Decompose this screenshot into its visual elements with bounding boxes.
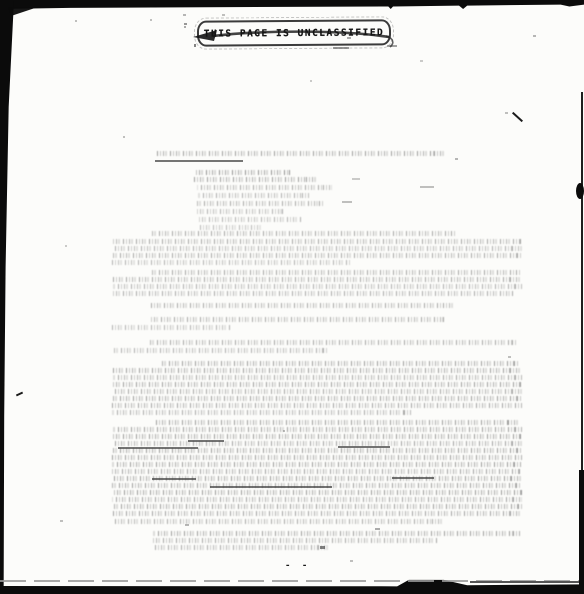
faded-text-line [112, 246, 522, 251]
faded-text-line [155, 420, 520, 425]
faded-text-line [112, 368, 522, 373]
faded-text-line [112, 389, 522, 394]
faded-underline-streak [155, 160, 243, 162]
faded-text-line [150, 270, 520, 275]
faded-text-line [112, 253, 522, 258]
faded-text-line [197, 193, 309, 198]
faded-underline-streak [152, 478, 196, 480]
scan-speck [455, 158, 458, 160]
faded-text-line [197, 185, 332, 190]
scan-speck [184, 23, 187, 25]
scan-speck [150, 19, 152, 21]
faded-text-line [112, 375, 522, 380]
faded-text-line [192, 177, 317, 182]
faded-text-line [112, 497, 522, 502]
faded-underline-streak [210, 486, 332, 488]
faded-text-line [112, 441, 522, 446]
faded-text-line [112, 410, 412, 415]
faded-text-line [112, 455, 522, 460]
faded-text-line [152, 531, 520, 536]
scan-speck [60, 520, 63, 522]
scan-speck [194, 44, 196, 47]
faded-text-line [196, 201, 324, 206]
faded-text-line [197, 217, 301, 222]
scan-speck [320, 546, 325, 549]
scan-speck [283, 430, 285, 432]
scratch-mark-diagonal [16, 392, 23, 397]
scan-speck [184, 26, 186, 28]
faded-text-line [112, 291, 514, 296]
scan-speck [342, 201, 352, 203]
faded-text-line [112, 325, 232, 330]
scan-edge-right-lower [579, 470, 584, 594]
scan-speck [533, 35, 536, 37]
faded-text-line [160, 361, 518, 366]
scan-speck [185, 524, 189, 526]
faded-text-line [152, 538, 438, 543]
scan-speck [222, 14, 225, 16]
faded-text-line [197, 209, 285, 214]
faded-text-line [112, 511, 522, 516]
faded-text-line [112, 427, 522, 432]
scan-speck [65, 245, 67, 247]
scan-fold-line-dark-segment [470, 581, 584, 583]
scan-edge-right-blob [576, 183, 584, 199]
faded-text-line [150, 231, 455, 236]
scan-speck [350, 560, 353, 562]
scan-speck [183, 14, 186, 16]
scan-edge-top [0, 0, 584, 9]
scan-speck [352, 178, 360, 180]
scan-speck [75, 20, 77, 22]
stamp-strikethrough-swoosh-mark [193, 27, 397, 49]
faded-text-line [112, 504, 522, 509]
faded-text-line [150, 317, 445, 322]
page-number-mark: - - [285, 561, 310, 571]
faded-text-line [112, 284, 522, 289]
faded-text-line [112, 396, 522, 401]
faded-text-line [112, 490, 522, 495]
faded-underline-streak [118, 447, 198, 449]
scan-speck [387, 45, 397, 47]
faded-text-line [150, 340, 518, 345]
scan-edge-left [0, 0, 14, 594]
faded-text-line [112, 348, 327, 353]
faded-text-line [196, 170, 292, 175]
scan-speck [310, 80, 312, 82]
faded-underline-streak [392, 477, 434, 479]
scan-speck [505, 112, 508, 114]
scan-speck [347, 37, 351, 39]
faded-underline-streak [338, 446, 390, 448]
faded-text-line [112, 403, 522, 408]
faded-text-line [199, 225, 263, 230]
faded-underline-streak [188, 440, 224, 442]
faded-text-line [112, 462, 522, 467]
faded-text-line [112, 519, 442, 524]
scratch-mark-diagonal [512, 112, 523, 122]
faded-text-line [112, 239, 522, 244]
scan-edge-corner [8, 7, 38, 16]
faded-text-line [112, 382, 522, 387]
faded-text-line [112, 277, 522, 282]
scan-speck [420, 60, 423, 62]
scan-speck [333, 47, 349, 49]
faded-text-line [112, 260, 352, 265]
scanned-document-page: THIS PAGE IS UNCLASSIFIED - - [0, 0, 584, 594]
faded-text-line [152, 545, 328, 550]
scan-speck [123, 136, 125, 138]
scan-speck [420, 186, 434, 188]
faded-text-line [112, 434, 522, 439]
faded-text-line [112, 469, 522, 474]
scan-speck [375, 528, 380, 530]
scan-speck [508, 356, 511, 358]
faded-text-line [155, 151, 445, 156]
faded-text-line [150, 303, 455, 308]
